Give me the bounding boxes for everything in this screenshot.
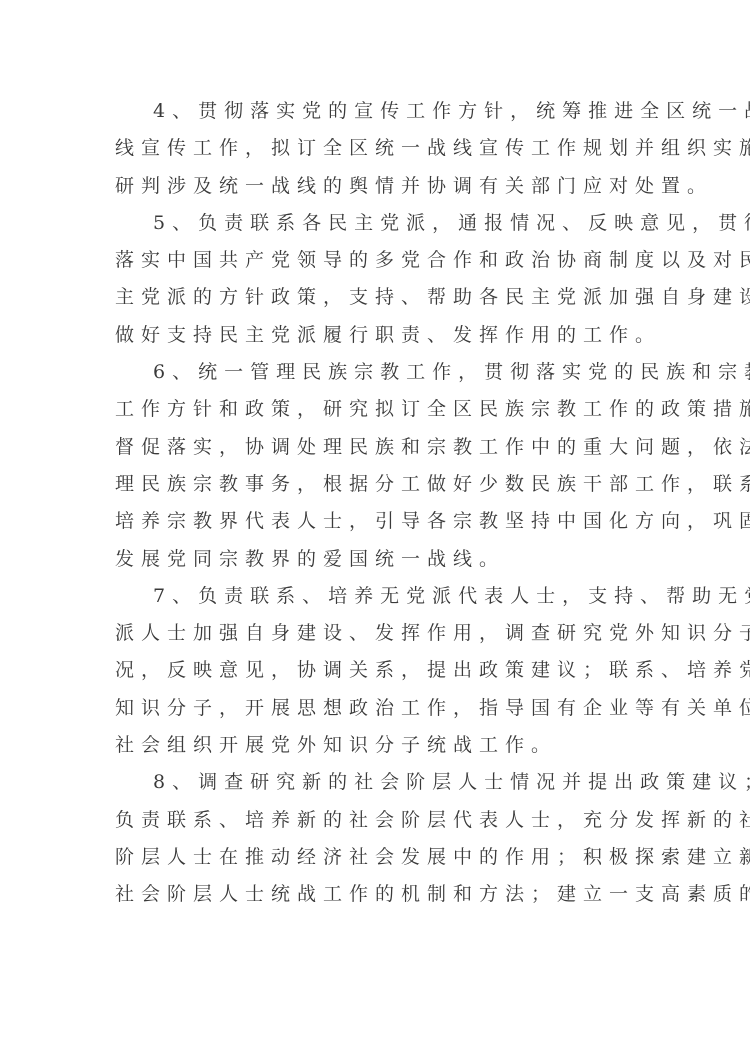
paragraph-line: 负责联系、培养新的社会阶层代表人士，充分发挥新的社会: [115, 802, 640, 839]
paragraph-8: 8、调查研究新的社会阶层人士情况并提出政策建议； 负责联系、培养新的社会阶层代表…: [115, 764, 640, 913]
paragraph-5: 5、负责联系各民主党派，通报情况、反映意见，贯彻 落实中国共产党领导的多党合作和…: [115, 205, 640, 354]
paragraph-line: 线宣传工作，拟订全区统一战线宣传工作规划并组织实施，: [115, 130, 640, 167]
paragraph-line: 理民族宗教事务，根据分工做好少数民族干部工作，联系、: [115, 466, 640, 503]
paragraph-line: 发展党同宗教界的爱国统一战线。: [115, 541, 640, 578]
paragraph-line: 工作方针和政策，研究拟订全区民族宗教工作的政策措施并: [115, 391, 640, 428]
paragraph-line: 6、统一管理民族宗教工作，贯彻落实党的民族和宗教: [115, 354, 640, 391]
paragraph-line: 督促落实，协调处理民族和宗教工作中的重大问题，依法管: [115, 429, 640, 466]
paragraph-line: 做好支持民主党派履行职责、发挥作用的工作。: [115, 317, 640, 354]
paragraph-line: 主党派的方针政策，支持、帮助各民主党派加强自身建设，: [115, 279, 640, 316]
paragraph-line: 况，反映意见，协调关系，提出政策建议；联系、培养党外: [115, 652, 640, 689]
paragraph-line: 5、负责联系各民主党派，通报情况、反映意见，贯彻: [115, 205, 640, 242]
paragraph-line: 落实中国共产党领导的多党合作和政治协商制度以及对民: [115, 242, 640, 279]
paragraph-line: 8、调查研究新的社会阶层人士情况并提出政策建议；: [115, 764, 640, 801]
paragraph-line: 社会阶层人士统战工作的机制和方法；建立一支高素质的新: [115, 876, 640, 913]
paragraph-line: 培养宗教界代表人士，引导各宗教坚持中国化方向，巩固和: [115, 503, 640, 540]
paragraph-line: 研判涉及统一战线的舆情并协调有关部门应对处置。: [115, 168, 640, 205]
paragraph-line: 4、贯彻落实党的宣传工作方针，统筹推进全区统一战: [115, 93, 640, 130]
paragraph-6: 6、统一管理民族宗教工作，贯彻落实党的民族和宗教 工作方针和政策，研究拟订全区民…: [115, 354, 640, 578]
paragraph-7: 7、负责联系、培养无党派代表人士，支持、帮助无党 派人士加强自身建设、发挥作用，…: [115, 578, 640, 764]
paragraph-line: 阶层人士在推动经济社会发展中的作用；积极探索建立新的: [115, 839, 640, 876]
paragraph-line: 社会组织开展党外知识分子统战工作。: [115, 727, 640, 764]
paragraph-4: 4、贯彻落实党的宣传工作方针，统筹推进全区统一战 线宣传工作，拟订全区统一战线宣…: [115, 93, 640, 205]
paragraph-line: 7、负责联系、培养无党派代表人士，支持、帮助无党: [115, 578, 640, 615]
paragraph-line: 派人士加强自身建设、发挥作用，调查研究党外知识分子情: [115, 615, 640, 652]
paragraph-line: 知识分子，开展思想政治工作，指导国有企业等有关单位和: [115, 690, 640, 727]
document-page: 4、贯彻落实党的宣传工作方针，统筹推进全区统一战 线宣传工作，拟订全区统一战线宣…: [115, 93, 640, 914]
